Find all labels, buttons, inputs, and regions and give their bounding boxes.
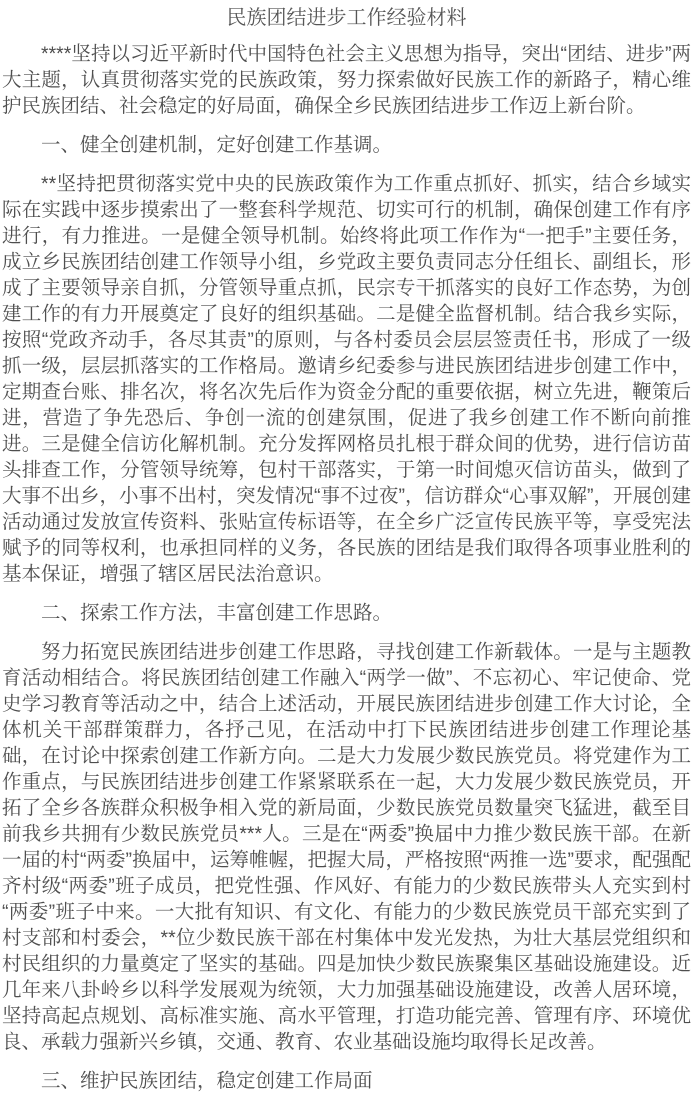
section-heading: 二、探索工作方法，丰富创建工作思路。	[2, 600, 691, 626]
document-title: 民族团结进步工作经验材料	[2, 5, 691, 32]
document-body: ****坚持以习近平新时代中国特色社会主义思想为指导，突出“团结、进步”两大主题…	[2, 41, 691, 1094]
paragraph: 努力拓宽民族团结进步创建工作思路，寻找创建工作新载体。一是与主题教育活动相结合。…	[2, 639, 691, 1055]
paragraph: **坚持把贯彻落实党中央的民族政策作为工作重点抓好、抓实，结合乡域实际在实践中逐…	[2, 171, 691, 587]
document-page: 民族团结进步工作经验材料 ****坚持以习近平新时代中国特色社会主义思想为指导，…	[0, 0, 693, 1097]
paragraph: ****坚持以习近平新时代中国特色社会主义思想为指导，突出“团结、进步”两大主题…	[2, 41, 691, 119]
section-heading: 三、维护民族团结，稳定创建工作局面	[2, 1068, 691, 1094]
section-heading: 一、健全创建机制，定好创建工作基调。	[2, 132, 691, 158]
